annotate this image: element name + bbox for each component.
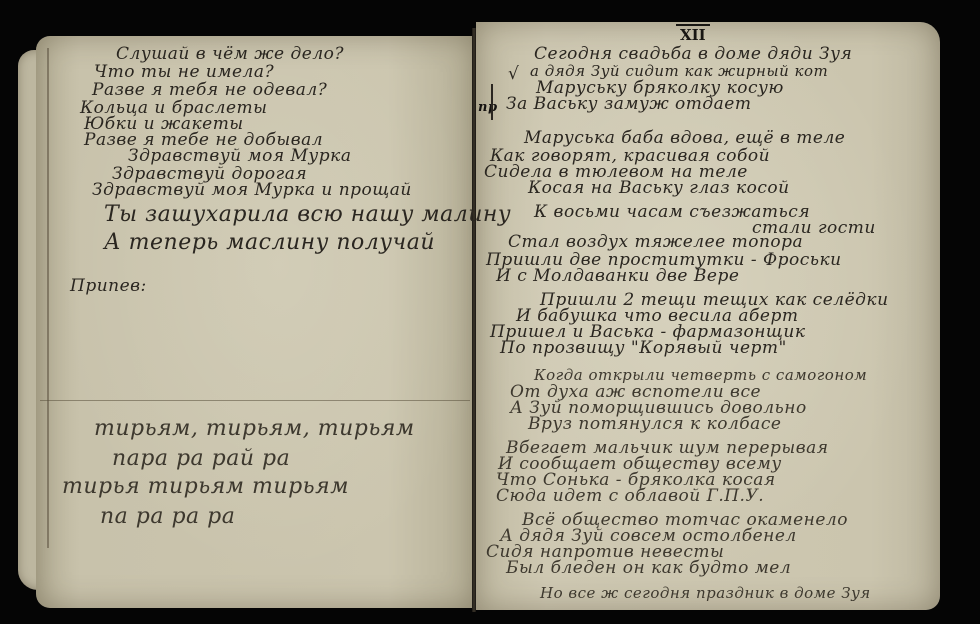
handwritten-line: тирьям, тирьям, тирьям — [94, 416, 415, 441]
handwritten-line: пара ра рай ра — [112, 446, 290, 471]
handwritten-line: тирья тирьям тирьям — [62, 474, 349, 499]
page-number: XII — [676, 24, 710, 44]
handwritten-line: Стал воздух тяжелее топора — [508, 232, 803, 252]
handwritten-line: Ты зашухарила всю нашу малину — [104, 202, 511, 227]
handwritten-line: И с Молдаванки две Вере — [496, 266, 739, 286]
handwritten-line: па ра ра ра — [100, 504, 235, 529]
handwritten-line: Был бледен он как будто мел — [506, 558, 791, 578]
book-gutter — [472, 28, 476, 612]
handwritten-line: Здравствуй моя Мурка — [128, 146, 351, 166]
handwritten-line: А теперь маслину получай — [104, 230, 435, 255]
page-edge-line — [47, 48, 49, 548]
handwritten-line: Но все ж сегодня праздник в доме Зуя — [540, 584, 871, 602]
handwritten-line: Здравствуй моя Мурка и прощай — [92, 180, 412, 200]
handwritten-line: Сегодня свадьба в доме дяди Зуя — [534, 44, 852, 64]
handwritten-line: Что ты не имела? — [94, 62, 274, 82]
handwritten-line: Вруз потянулся к колбасе — [528, 414, 781, 434]
margin-note: пр — [478, 100, 498, 115]
margin-bracket — [491, 84, 493, 120]
handwritten-line: Сюда идет с облавой Г.П.У. — [496, 486, 764, 506]
handwritten-line: По прозвищу "Корявый черт" — [500, 338, 787, 358]
handwritten-line: Косая на Ваську глаз косой — [528, 178, 790, 198]
handwritten-line: Маруська баба вдова, ещё в теле — [524, 128, 845, 148]
chorus-label: Припев: — [70, 276, 147, 296]
handwritten-line: Слушай в чём же дело? — [116, 44, 344, 64]
notebook-spread: Слушай в чём же дело? Что ты не имела? Р… — [0, 0, 980, 624]
handwritten-line: Разве я тебя не одевал? — [92, 80, 327, 100]
check-mark: √ — [508, 64, 519, 84]
handwritten-line: За Ваську замуж отдает — [506, 94, 752, 114]
fold-line — [40, 400, 470, 401]
